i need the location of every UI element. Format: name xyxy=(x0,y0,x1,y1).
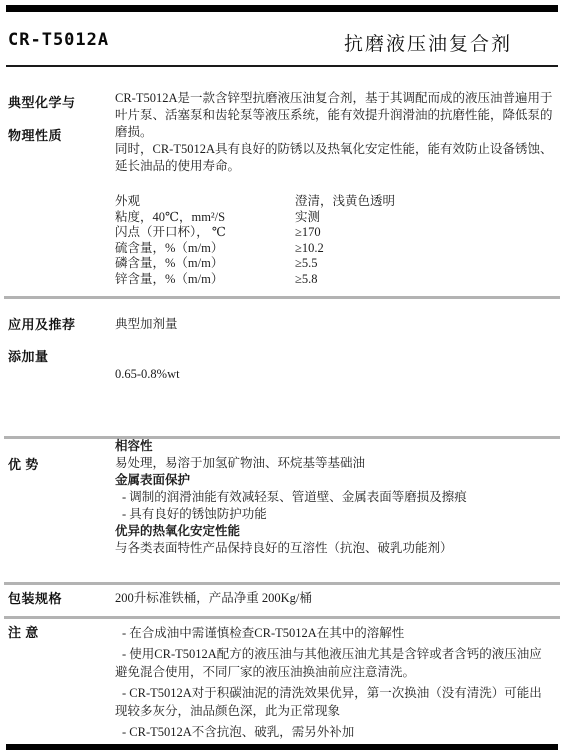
section-label-column: 典型化学与 物理性质 xyxy=(0,90,115,287)
description-paragraph: 同时，CR-T5012A具有良好的防锈以及热氧化安定性能，能有效防止设备锈蚀、延… xyxy=(115,141,554,175)
advantage-item: - 具有良好的锈蚀防护功能 xyxy=(115,506,554,523)
section-content-column: 典型加剂量 0.65-0.8%wt xyxy=(115,316,564,383)
section-label-line2: 物理性质 xyxy=(8,127,115,144)
section-label-column: 优 势 xyxy=(0,438,115,557)
property-name: 粘度，40℃，mm²/S xyxy=(115,210,295,226)
header-rule xyxy=(6,65,558,67)
section-label-column: 注 意 xyxy=(0,624,115,744)
note-item: - CR-T5012A不含抗泡、破乳，需另外补加 xyxy=(115,723,554,741)
product-code: CR-T5012A xyxy=(8,30,109,50)
property-row: 锌含量，%（m/m） ≥5.8 xyxy=(115,272,554,288)
property-row: 粘度，40℃，mm²/S 实测 xyxy=(115,210,554,226)
note-item: - 使用CR-T5012A配方的液压油与其他液压油尤其是含锌或者含钙的液压油应避… xyxy=(115,645,554,681)
property-row: 磷含量，%（m/m） ≥5.5 xyxy=(115,256,554,272)
section-application: 应用及推荐 添加量 典型加剂量 0.65-0.8%wt xyxy=(0,316,564,383)
section-label-line1: 典型化学与 xyxy=(8,90,115,111)
section-label-line1: 应用及推荐 xyxy=(8,316,115,333)
property-name: 硫含量，%（m/m） xyxy=(115,241,295,257)
property-value: 澄清，浅黄色透明 xyxy=(295,194,554,210)
note-item: - 在合成油中需谨慎检查CR-T5012A在其中的溶解性 xyxy=(115,624,554,642)
top-rule xyxy=(6,5,558,12)
section-notes: 注 意 - 在合成油中需谨慎检查CR-T5012A在其中的溶解性 - 使用CR-… xyxy=(0,624,564,744)
property-value: ≥5.8 xyxy=(295,272,554,288)
section-label-column: 包装规格 xyxy=(0,590,115,607)
property-name: 锌含量，%（m/m） xyxy=(115,272,295,288)
advantage-item: - 调制的润滑油能有效减轻泵、管道壁、金属表面等磨损及擦痕 xyxy=(115,489,554,506)
property-row: 外观 澄清，浅黄色透明 xyxy=(115,194,554,210)
section-label-line2: 添加量 xyxy=(8,348,115,365)
property-value: ≥170 xyxy=(295,225,554,241)
section-divider xyxy=(4,582,560,585)
bottom-rule xyxy=(6,744,558,750)
advantage-heading: 优异的热氧化安定性能 xyxy=(115,523,554,540)
description-paragraph: CR-T5012A是一款含锌型抗磨液压油复合剂，基于其调配而成的液压油普遍用于叶… xyxy=(115,90,554,141)
dosage-value: 0.65-0.8%wt xyxy=(115,366,554,383)
section-advantages: 优 势 相容性 易处理，易溶于加氢矿物油、环烷基等基础油 金属表面保护 - 调制… xyxy=(0,438,564,557)
section-label: 包装规格 xyxy=(8,590,115,607)
section-content-column: CR-T5012A是一款含锌型抗磨液压油复合剂，基于其调配而成的液压油普遍用于叶… xyxy=(115,90,564,287)
section-divider xyxy=(4,616,560,619)
property-row: 硫含量，%（m/m） ≥10.2 xyxy=(115,241,554,257)
section-content-column: 相容性 易处理，易溶于加氢矿物油、环烷基等基础油 金属表面保护 - 调制的润滑油… xyxy=(115,438,564,557)
section-divider xyxy=(4,296,560,299)
property-name: 外观 xyxy=(115,194,295,210)
property-name: 闪点（开口杯）， ℃ xyxy=(115,225,295,241)
properties-table: 外观 澄清，浅黄色透明 粘度，40℃，mm²/S 实测 闪点（开口杯）， ℃ ≥… xyxy=(115,194,554,287)
datasheet-page: CR-T5012A 抗磨液压油复合剂 典型化学与 物理性质 CR-T5012A是… xyxy=(0,0,564,751)
section-label-column: 应用及推荐 添加量 xyxy=(0,316,115,383)
advantage-heading: 相容性 xyxy=(115,438,554,455)
property-value: 实测 xyxy=(295,210,554,226)
section-label: 注 意 xyxy=(8,624,115,641)
advantage-item: 易处理，易溶于加氢矿物油、环烷基等基础油 xyxy=(115,455,554,472)
property-value: ≥10.2 xyxy=(295,241,554,257)
section-content-column: - 在合成油中需谨慎检查CR-T5012A在其中的溶解性 - 使用CR-T501… xyxy=(115,624,564,744)
section-label: 优 势 xyxy=(8,456,115,473)
advantage-heading: 金属表面保护 xyxy=(115,472,554,489)
packaging-text: 200升标准铁桶，产品净重 200Kg/桶 xyxy=(115,590,554,607)
section-typical-properties: 典型化学与 物理性质 CR-T5012A是一款含锌型抗磨液压油复合剂，基于其调配… xyxy=(0,90,564,287)
advantage-item: 与各类表面特性产品保持良好的互溶性（抗泡、破乳功能剂） xyxy=(115,540,554,557)
note-item: - CR-T5012A对于积碳油泥的清洗效果优异，第一次换油（没有清洗）可能出现… xyxy=(115,684,554,720)
section-packaging: 包装规格 200升标准铁桶，产品净重 200Kg/桶 xyxy=(0,590,564,607)
product-name-title: 抗磨液压油复合剂 xyxy=(344,29,512,56)
property-value: ≥5.5 xyxy=(295,256,554,272)
dosage-title: 典型加剂量 xyxy=(115,316,554,333)
property-row: 闪点（开口杯）， ℃ ≥170 xyxy=(115,225,554,241)
property-name: 磷含量，%（m/m） xyxy=(115,256,295,272)
section-content-column: 200升标准铁桶，产品净重 200Kg/桶 xyxy=(115,590,564,607)
